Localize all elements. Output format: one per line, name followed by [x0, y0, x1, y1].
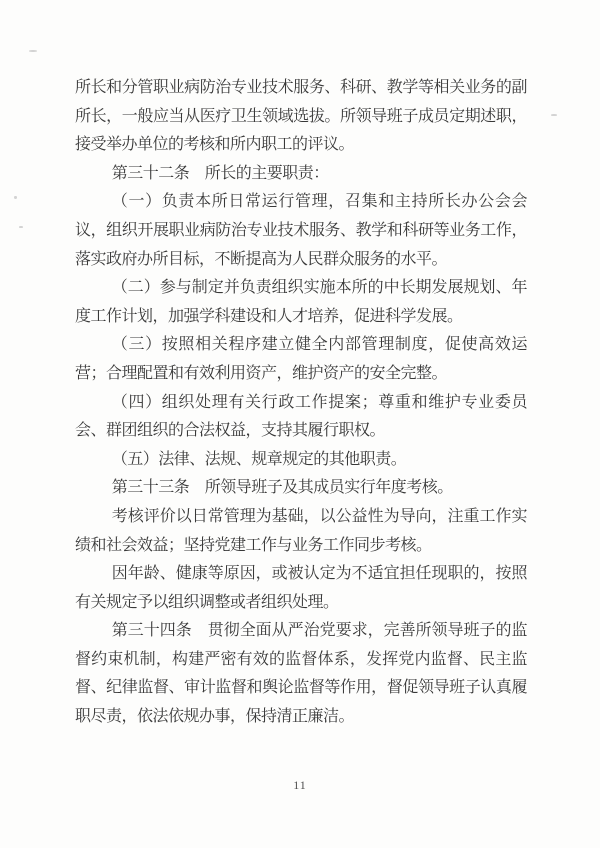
scan-artifact [19, 226, 23, 228]
scan-artifact [14, 196, 17, 199]
scan-artifact [29, 50, 37, 52]
article-32-heading: 第三十二条 所长的主要职责： [75, 160, 527, 189]
article-33-heading: 第三十三条 所领导班子及其成员实行年度考核。 [75, 474, 527, 503]
document-body: 所长和分管职业病防治专业技术服务、科研、教学等相关业务的副所长，一般应当从医疗卫… [75, 74, 527, 732]
article-32-item-2: （二）参与制定并负责组织实施本所的中长期发展规划、年度工作计划，加强学科建设和人… [75, 274, 527, 331]
page-number: 11 [0, 778, 600, 793]
article-33-paragraph-assessment: 考核评价以日常管理为基础，以公益性为导向，注重工作实绩和社会效益；坚持党建工作与… [75, 503, 527, 560]
article-34-paragraph: 第三十四条 贯彻全面从严治党要求，完善所领导班子的监督约束机制，构建严密有效的监… [75, 617, 527, 731]
article-32-item-5: （五）法律、法规、规章规定的其他职责。 [75, 446, 527, 475]
article-33-paragraph-adjustment: 因年龄、健康等原因，或被认定为不适宜担任现职的，按照有关规定予以组织调整或者组织… [75, 560, 527, 617]
article-32-item-4: （四）组织处理有关行政工作提案；尊重和维护专业委员会、群团组织的合法权益，支持其… [75, 389, 527, 446]
scan-artifact [551, 114, 557, 116]
continuation-paragraph: 所长和分管职业病防治专业技术服务、科研、教学等相关业务的副所长，一般应当从医疗卫… [75, 74, 527, 160]
article-32-item-3: （三）按照相关程序建立健全内部管理制度，促使高效运营；合理配置和有效利用资产，维… [75, 331, 527, 388]
article-32-item-1: （一）负责本所日常运行管理，召集和主持所长办公会会议，组织开展职业病防治专业技术… [75, 188, 527, 274]
document-page: 所长和分管职业病防治专业技术服务、科研、教学等相关业务的副所长，一般应当从医疗卫… [0, 0, 600, 848]
